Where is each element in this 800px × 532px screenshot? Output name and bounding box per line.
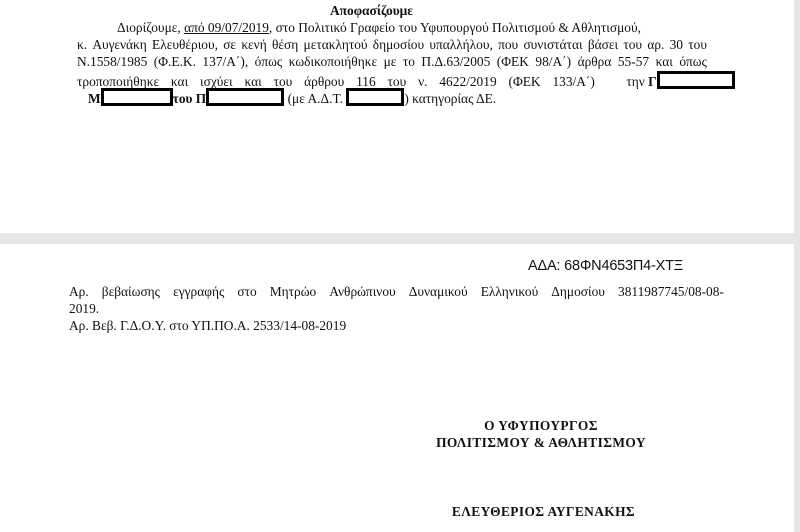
word: 137/Α΄), (202, 54, 248, 70)
word: σε (223, 37, 236, 53)
word: του (623, 37, 642, 53)
word: του (688, 37, 707, 53)
text-start: Διορίζουμε, (117, 20, 184, 35)
word: (ΦΕΚ (509, 74, 541, 90)
word: 3811987745/08-08- (618, 284, 724, 300)
word: βεβαίωσης (102, 284, 160, 300)
redacted-name-2 (101, 88, 173, 106)
word: Ανθρώπινου (329, 284, 395, 300)
word: θέση (272, 37, 298, 53)
text-of-p: του Π (173, 91, 207, 106)
word: Δυναμικού (409, 284, 468, 300)
word: στο (237, 284, 256, 300)
scrollbar-track[interactable] (794, 0, 800, 532)
redacted-father-name (206, 88, 284, 106)
word: με (384, 54, 397, 70)
initial-g: Γ (648, 74, 657, 89)
word: μετακλητού (304, 37, 368, 53)
gdoy-cert-line: Αρ. Βεβ. Γ.Δ.Ο.Υ. στο ΥΠ.ΠΟ.Α. 2533/14-0… (69, 318, 346, 334)
word: 30 (670, 37, 683, 53)
word: Αρ. (69, 284, 89, 300)
signature-name: ΕΛΕΥΘΕΡΙΟΣ ΑΥΓΕΝΑΚΗΣ (446, 504, 641, 520)
decision-line-3: Ν.1558/1985(Φ.Ε.Κ.137/Α΄),όπωςκωδικοποιή… (77, 54, 707, 70)
redacted-id-number (346, 88, 404, 106)
redacted-name-1 (657, 71, 735, 89)
word: βάσει (588, 37, 618, 53)
word: όπως (679, 54, 707, 70)
word: Ν.1558/1985 (77, 54, 147, 70)
word: Π.Δ.63/2005 (421, 54, 490, 70)
signature-title-1: Ο ΥΦΥΠΟΥΡΓΟΣ (456, 418, 626, 434)
registry-cert-line-2: 2019. (69, 301, 99, 317)
text-rest: , στο Πολιτικό Γραφείο του Υφυπουργού Πο… (269, 20, 641, 35)
appointment-date: από 09/07/2019 (184, 20, 269, 35)
word: που (498, 37, 518, 53)
id-label: (με Α.Δ.Τ. (288, 91, 347, 106)
text-the: την (626, 74, 644, 89)
word: εγγραφής (173, 284, 224, 300)
decision-heading: Αποφασίζουμε (330, 3, 413, 19)
word: το (403, 54, 415, 70)
word: 55-57 (618, 54, 649, 70)
word: Μητρώο (270, 284, 316, 300)
word: (ΦΕΚ (497, 54, 529, 70)
ada-code: ΑΔΑ: 68ΦΝ4653Π4-ΧΤΞ (528, 258, 683, 274)
word: (Φ.Ε.Κ. (154, 54, 196, 70)
word: δημοσίου (373, 37, 424, 53)
word: 133/Α΄) (552, 74, 594, 90)
word: Δημοσίου (551, 284, 605, 300)
word: συνιστάται (523, 37, 582, 53)
word: κενή (241, 37, 266, 53)
word: και (656, 54, 673, 70)
decision-line-1: Διορίζουμε, από 09/07/2019, στο Πολιτικό… (117, 20, 641, 36)
word: Ελληνικού (481, 284, 539, 300)
word: υπαλλήλου, (429, 37, 492, 53)
word: κ. (77, 37, 87, 53)
word: αρ. (647, 37, 664, 53)
word: Ελευθέριου, (152, 37, 218, 53)
decision-line-5: Μτου Π (με Α.Δ.Τ. ) κατηγορίας ΔΕ. (88, 88, 496, 107)
decision-line-2: κ.ΑυγενάκηΕλευθέριου,σεκενήθέσημετακλητο… (77, 37, 707, 53)
initial-m: Μ (88, 91, 101, 106)
document-page-1: Αποφασίζουμε Διορίζουμε, από 09/07/2019,… (0, 0, 794, 233)
signature-title-2: ΠΟΛΙΤΙΣΜΟΥ & ΑΘΛΗΤΙΣΜΟΥ (436, 435, 646, 451)
word: Αυγενάκη (92, 37, 146, 53)
category-text: ) κατηγορίας ΔΕ. (404, 91, 496, 106)
word: άρθρα (578, 54, 612, 70)
word: 98/Α΄) (535, 54, 571, 70)
registry-cert-line-1: Αρ.βεβαίωσηςεγγραφήςστοΜητρώοΑνθρώπινουΔ… (69, 284, 724, 300)
word: όπως (255, 54, 283, 70)
word: κωδικοποιήθηκε (289, 54, 377, 70)
